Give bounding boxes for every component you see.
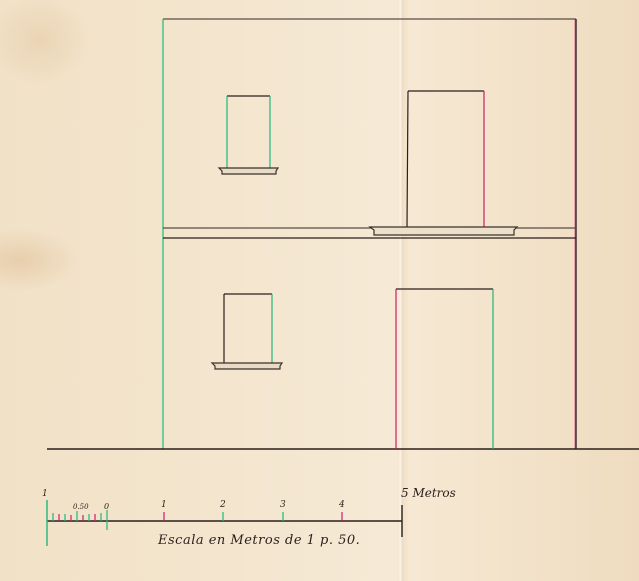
scale-tick-4: 4 bbox=[339, 500, 345, 510]
upper-window bbox=[219, 96, 278, 174]
elevation-drawing bbox=[0, 0, 639, 581]
scale-tick-2: 2 bbox=[220, 500, 226, 510]
scale-zero-label: 0 bbox=[104, 502, 109, 511]
scale-end-label: 5 Metros bbox=[401, 486, 456, 500]
ground-window bbox=[212, 294, 282, 369]
upper-balcony-door bbox=[370, 91, 517, 235]
ground-door bbox=[396, 289, 493, 449]
scale-tick-3: 3 bbox=[280, 500, 286, 510]
drawing-sheet: 1 0.50 0 1 2 3 4 5 Metros Escala en Metr… bbox=[0, 0, 639, 581]
scale-left-label: 1 bbox=[42, 489, 48, 499]
scale-caption: Escala en Metros de 1 p. 50. bbox=[158, 533, 360, 548]
scale-half-label: 0.50 bbox=[73, 503, 89, 511]
scale-tick-1: 1 bbox=[161, 500, 167, 510]
